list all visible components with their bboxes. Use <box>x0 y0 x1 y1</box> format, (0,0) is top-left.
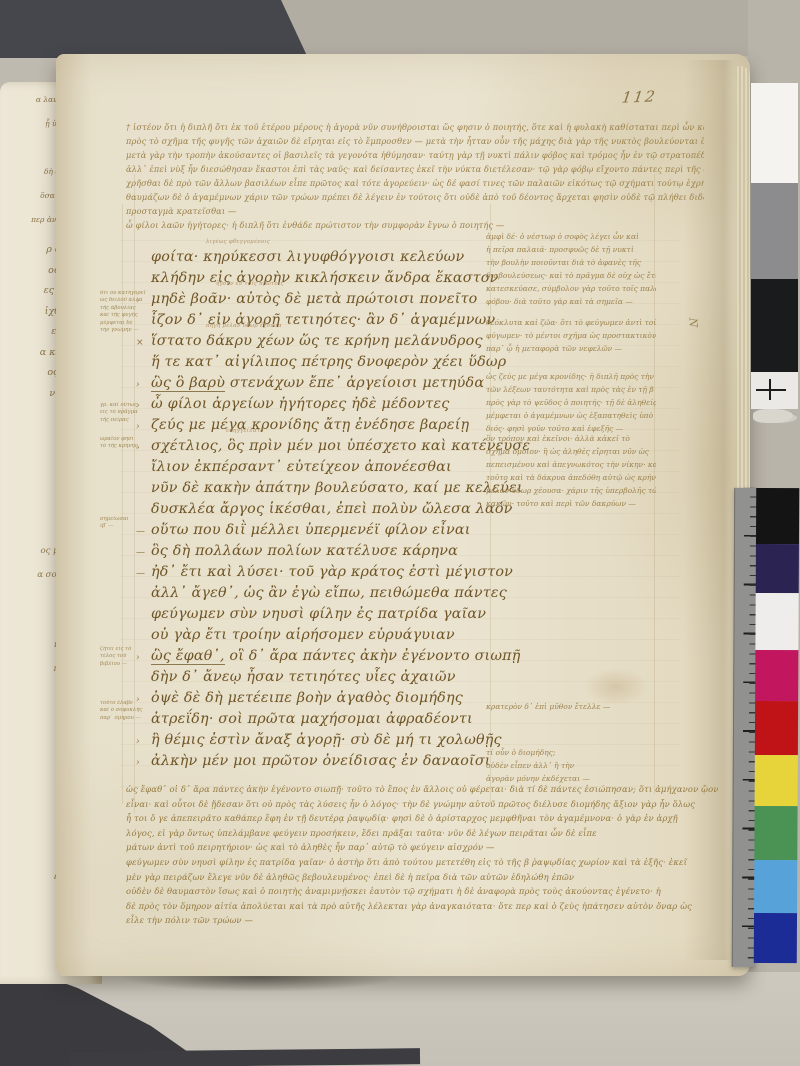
scholia-line: ἀμφὶ δέ· ὁ νέστωρ ὁ σοφὸς λέγει ὧν καὶ <box>486 230 656 243</box>
verse-text: ὣς ὃ βαρὺ στενάχων ἔπε᾽ ἀργείοισι μετηύδ… <box>151 375 484 392</box>
verse-text: δὴν δ᾽ ἄνεῳ ἦσαν τετιηότες υἷες ἀχαιῶν <box>151 669 456 685</box>
verse-line: ›ὣς ὃ βαρὺ στενάχων ἔπε᾽ ἀργείοισι μετηύ… <box>136 372 496 393</box>
margin-note-line: τὸ τῆς κρήνης <box>100 443 154 450</box>
scholia-line: χρῆσθαι δὲ πρὸ τῶν ἄλλων βασιλέων εἶπε π… <box>126 176 704 190</box>
verse-text: ὀψὲ δὲ δὴ μετέειπε βοὴν ἀγαθὸς διομήδης <box>151 690 463 706</box>
interlinear-gloss: ἐπηγγείλατο <box>226 428 264 434</box>
verse-text: νῦν δὲ κακὴν ἀπάτην βουλεύσατο, καί με κ… <box>151 480 523 496</box>
margin-note-line: ζήτει εἰς τὸ <box>100 646 154 653</box>
backdrop-felt-top-left <box>0 0 308 58</box>
verse-line: ›ὦ φίλοι ἀργείων ἡγήτορες ἠδὲ μέδοντες <box>136 393 496 414</box>
scholia-line: οὐδὲν δὲ θαυμαστὸν ἴσως καὶ ὁ ποιητὴς ἀν… <box>126 884 718 899</box>
right-scholia-block: κρατερὸν δ᾽ ἐπὶ μῦθον ἔτελλε — <box>486 700 656 713</box>
margin-note-line: ὅτι οὐ κατηγορεῖ <box>100 290 154 297</box>
verse-text: φοίτα· κηρύκεσσι λιγυφθόγγοισι κελεύων <box>151 249 464 265</box>
scholia-line: ἀλλ᾽ ἐπεὶ νὺξ ἦν διεσώθησαν ἕκαστοι ἐπὶ … <box>126 162 704 176</box>
verse-line: νῦν δὲ κακὴν ἀπάτην βουλεύσατο, καί με κ… <box>136 477 496 498</box>
verse-line: ἷζον δ᾽ εἰν ἀγορῇ τετιηότες· ἂν δ᾽ ἀγαμέ… <box>136 309 496 330</box>
interlinear-gloss: ἤγουν ἐν τοῖς πρώτοις <box>216 281 284 287</box>
scholia-line: τί οὖν ὁ διομήδης; <box>486 746 656 759</box>
margin-note-line: παρ᾽ ὁμήρου — <box>100 715 154 722</box>
scholia-line: ἡ πεῖρα παλαιά· προσφυῶς δὲ τῇ νυκτὶ <box>486 243 656 256</box>
verse-line: οὐ γὰρ ἔτι τροίην αἱρήσομεν εὐρυάγυιαν <box>136 624 496 645</box>
verse-text: μηδὲ βοᾶν· αὐτὸς δὲ μετὰ πρώτοισι πονεῖτ… <box>151 291 477 307</box>
folio-number: 112 <box>621 87 658 106</box>
left-margin-note: ὡραῖον φησὶτὸ τῆς κρήνης <box>100 436 154 451</box>
verse-text: ἥ τε κατ᾽ αἰγίλιπος πέτρης δνοφερὸν χέει… <box>151 354 506 370</box>
verse-text: κλήδην εἰς ἀγορὴν κικλήσκειν ἄνδρα ἕκαστ… <box>151 270 499 286</box>
scholia-line: εἶναι· καὶ οὗτοι δὲ ᾔδεσαν ὅτι οὐ πρὸς τ… <box>126 797 718 812</box>
verse-line: φεύγωμεν σὺν νηυσὶ φίλην ἐς πατρίδα γαῖα… <box>136 603 496 624</box>
margin-note-line: τῆς ἀβουλίας <box>100 305 154 312</box>
verse-text: ὦ φίλοι ἀργείων ἡγήτορες ἠδὲ μέδοντες <box>151 396 449 412</box>
frayed-fabric-edge <box>753 409 793 423</box>
verse-line: ἴλιον ἐκπέρσαντ᾽ εὐτείχεον ἀπονέεσθαι <box>136 456 496 477</box>
margin-note-line: καὶ ὁ σοφοκλῆς <box>100 707 154 714</box>
verse-line: ›μηδὲ βοᾶν· αὐτὸς δὲ μετὰ πρώτοισι πονεῖ… <box>136 288 496 309</box>
verse-line: ×ἵστατο δάκρυ χέων ὥς τε κρήνη μελάνυδρο… <box>136 330 496 351</box>
margin-note-line: καὶ τῆς φυγῆς <box>100 312 154 319</box>
scholia-line: πρὸς τὸ σχῆμα τῆς φυγῆς τῶν ἀχαιῶν δὲ εἴ… <box>126 134 704 148</box>
right-scholia-block: ἀμφὶ δέ· ὁ νέστωρ ὁ σοφὸς λέγει ὧν καὶἡ … <box>486 230 656 308</box>
bottom-scholia-block: ὡς ἔφαθ᾽ οἱ δ᾽ ἄρα πάντες ἀκὴν ἐγένοντο … <box>126 782 718 928</box>
verse-text: ἵστατο δάκρυ χέων ὥς τε κρήνη μελάνυδρος <box>151 333 483 349</box>
left-margin-note: ὅτι οὐ κατηγορεῖὡς δειλοῦ ἀλλὰτῆς ἀβουλί… <box>100 290 154 334</box>
verse-text: ὣς ἔφαθ᾽, οἳ δ᾽ ἄρα πάντες ἀκὴν ἐγένοντο… <box>151 648 521 665</box>
verse-text: ἴλιον ἐκπέρσαντ᾽ εὐτείχεον ἀπονέεσθαι <box>151 459 452 475</box>
scholia-line: πεπεισμένου καὶ ἀπεγνωκότος τὴν νίκην· κ… <box>486 458 656 471</box>
margin-note-line: τέλος τοῦ <box>100 653 154 660</box>
right-scholia-block: τί οὖν ὁ διομήδης;οὐδὲν εἶπεν ἀλλ᾽ ἢ τὴν… <box>486 746 656 785</box>
scholia-line: πρὸς γὰρ τὸ ψεῦδος ὁ ποιητής· τῇ δὲ ἀληθ… <box>486 396 656 409</box>
margin-note-line: τῆς πείρας <box>100 417 154 424</box>
verse-text: οὐ γὰρ ἔτι τροίην αἱρήσομεν εὐρυάγυιαν <box>151 627 455 643</box>
verse-margin-mark: × <box>136 333 151 353</box>
verse-line: ›ἀλκὴν μέν μοι πρῶτον ὀνείδισας ἐν δαναο… <box>136 750 496 771</box>
verse-margin-mark: — <box>136 543 151 563</box>
right-scholia-block: ὃν τρόπον καὶ ἐκεῖνοι· ἀλλὰ κἀκεῖ τὸσχῆμ… <box>486 432 656 510</box>
verse-text: ἀτρεΐδη· σοὶ πρῶτα μαχήσομαι ἀφραδέοντι <box>151 711 473 727</box>
backdrop-felt-bottom-strip <box>70 1048 420 1066</box>
scholia-line: λόγος, εἰ γὰρ ὄντως ὑπελάμβανε φεύγειν π… <box>126 826 718 841</box>
margin-note-line: τοῦτο ἔλαβε <box>100 700 154 707</box>
scholia-line: ἦ τοι ὅ γε ἀπεπειρᾶτο καθάπερ ἔφη ἐν τῇ … <box>126 811 718 826</box>
white-swatch <box>755 593 798 650</box>
verse-line: ›σχέτλιος, ὃς πρὶν μέν μοι ὑπέσχετο καὶ … <box>136 435 496 456</box>
scholia-line: μέλαν ὕδωρ χέουσα· χάριν τῆς ὑπερβολῆς τ… <box>486 484 656 497</box>
verse-margin-mark: › <box>136 753 151 773</box>
margin-note-line: ὡραῖον φησὶ <box>100 436 154 443</box>
verse-line: —ὃς δὴ πολλάων πολίων κατέλυσε κάρηνα <box>136 540 496 561</box>
scholia-line: θαυμάζων δὲ ὁ ἀγαμέμνων χάριν τῶν τρώων … <box>126 190 704 204</box>
magenta-swatch <box>755 650 798 701</box>
cross-icon <box>769 379 771 400</box>
scholia-line: † ἰστέον ὅτι ἡ διπλῆ ὅτι ἐκ τοῦ ἑτέρου μ… <box>126 120 704 134</box>
main-text-block: φοίτα· κηρύκεσσι λιγυφθόγγοισι κελεύωνκλ… <box>136 246 496 771</box>
white-swatch <box>751 83 798 183</box>
verse-text: ἷζον δ᾽ εἰν ἀγορῇ τετιηότες· ἂν δ᾽ ἀγαμέ… <box>151 312 495 328</box>
scholia-line: τῶν λέξεων ταυτότητα καὶ πρὸς τὰς ἐν τῇ … <box>486 383 656 396</box>
color-patches <box>754 488 799 963</box>
scholia-line: μὲν γὰρ πειράζων ἔλεγε νῦν δὲ ἀληθῶς βεβ… <box>126 870 718 885</box>
red-swatch <box>755 701 798 755</box>
mid-gray-swatch <box>751 183 798 279</box>
scholia-line: φύγωμεν· τὸ μέντοι σχῆμα ὡς προστακτικὸν… <box>486 329 656 342</box>
scholia-line: προσταγμὰ κρατεῖσθαι — <box>126 204 704 218</box>
verse-line: ›ὀψὲ δὲ δὴ μετέειπε βοὴν ἀγαθὸς διομήδης <box>136 687 496 708</box>
quire-signature: Ν̄ <box>686 318 699 328</box>
verse-line: —ἠδ᾽ ἔτι καὶ λύσει· τοῦ γὰρ κράτος ἐστὶ … <box>136 561 496 582</box>
registration-cross-patch <box>751 372 798 409</box>
left-margin-note: τοῦτο ἔλαβεκαὶ ὁ σοφοκλῆςπαρ᾽ ὁμήρου — <box>100 700 154 722</box>
verse-line: ἀτρεΐδη· σοὶ πρῶτα μαχήσομαι ἀφραδέοντι <box>136 708 496 729</box>
cross-icon <box>756 389 786 391</box>
scholia-line: διαβουλεύσεως· καὶ τὸ πρᾶγμα δὲ οὐχ ὡς ἔ… <box>486 269 656 282</box>
interlinear-gloss: πηγὴ μέλαν ὕδωρ ἔχουσα <box>206 323 282 329</box>
scholia-line: τοῦτο καὶ τὰ δάκρυα ἀπεδόθη αὐτῷ ὡς κρήν… <box>486 471 656 484</box>
verse-line: ›ζεύς με μέγα κρονίδης ἄτῃ ἐνέδησε βαρεί… <box>136 414 496 435</box>
verse-line: —οὕτω που διῒ μέλλει ὑπερμενέϊ φίλον εἶν… <box>136 519 496 540</box>
margin-note-line: σημείωσαι <box>100 516 154 523</box>
scholia-line: σχῆμα ὅμοιον· ἢ ὡς ἀληθὲς εἴρηται νῦν ὡς <box>486 445 656 458</box>
scholia-line: κακῶν· τοῦτο καὶ περὶ τῶν δακρύων — <box>486 497 656 510</box>
scholia-line: μετὰ γὰρ τὴν τροπὴν ἀκούσαντες οἱ βασιλε… <box>126 148 704 162</box>
grayscale-calibration-bar <box>751 83 798 423</box>
verse-margin-mark: — <box>136 564 151 584</box>
scholia-line: μέμφεται ὁ ἀγαμέμνων ὡς ἐξαπατηθεὶς ὑπὸ … <box>486 409 656 422</box>
top-scholia-block: † ἰστέον ὅτι ἡ διπλῆ ὅτι ἐκ τοῦ ἑτέρου μ… <box>126 120 704 232</box>
verse-line: δὴν δ᾽ ἄνεῳ ἦσαν τετιηότες υἷες ἀχαιῶν <box>136 666 496 687</box>
interlinear-gloss: λιγέως φθεγγομένοις <box>206 239 270 245</box>
verse-line: κλήδην εἰς ἀγορὴν κικλήσκειν ἄνδρα ἕκαστ… <box>136 267 496 288</box>
scholia-line: θεόκλυτα καὶ ζῶα· ὅτι τὸ φεύγωμεν ἀντὶ τ… <box>486 316 656 329</box>
verse-text: ζεύς με μέγα κρονίδης ἄτῃ ἐνέδησε βαρείῃ <box>151 417 469 433</box>
dark-violet-swatch <box>756 544 799 593</box>
left-margin-note: γρ. καὶ οὕτωςεἰς τὸ πρᾶγματῆς πείρας <box>100 402 154 424</box>
margin-note-line: βιβλίου — <box>100 661 154 668</box>
scholia-line: δὲ πρὸς τὸν ὅμηρον αἰτία ἀπολύεται καὶ τ… <box>126 899 718 914</box>
black-swatch <box>756 488 799 544</box>
scholia-line: παρ᾽ ᾧ ἡ μεταφορὰ τῶν νεφελῶν — <box>486 342 656 355</box>
verse-line: δυσκλέα ἄργος ἱκέσθαι, ἐπεὶ πολὺν ὤλεσα … <box>136 498 496 519</box>
scholia-line: φόβου· διὰ τοῦτο γὰρ καὶ τὰ σημεῖα — <box>486 295 656 308</box>
left-margin-note: ζήτει εἰς τὸτέλος τοῦβιβλίου — <box>100 646 154 668</box>
margin-note-line: ὡς δειλοῦ ἀλλὰ <box>100 297 154 304</box>
scholia-line: φεύγωμεν σὺν νηυσὶ φίλην ἐς πατρίδα γαῖα… <box>126 855 718 870</box>
scholia-line: οὐδὲν εἶπεν ἀλλ᾽ ἢ τὴν <box>486 759 656 772</box>
verse-line: ›ἣ θέμις ἐστὶν ἄναξ ἀγορῇ· σὺ δὲ μή τι χ… <box>136 729 496 750</box>
verse-text: ἀλλ᾽ ἄγεθ᾽, ὡς ἂν ἐγὼ εἴπω, πειθώμεθα πά… <box>151 585 507 601</box>
margin-note-line: γρ. καὶ οὕτως <box>100 402 154 409</box>
verse-line: φοίτα· κηρύκεσσι λιγυφθόγγοισι κελεύων <box>136 246 496 267</box>
right-scholia-block: θεόκλυτα καὶ ζῶα· ὅτι τὸ φεύγωμεν ἀντὶ τ… <box>486 316 656 355</box>
verse-text: ἀλκὴν μέν μοι πρῶτον ὀνείδισας ἐν δαναοῖ… <box>151 753 491 769</box>
verse-text: οὕτω που διῒ μέλλει ὑπερμενέϊ φίλον εἶνα… <box>151 522 471 538</box>
scholia-line: κρατερὸν δ᾽ ἐπὶ μῦθον ἔτελλε — <box>486 700 656 713</box>
verse-text: ἣ θέμις ἐστὶν ἄναξ ἀγορῇ· σὺ δὲ μή τι χο… <box>151 732 502 748</box>
verse-text: δυσκλέα ἄργος ἱκέσθαι, ἐπεὶ πολὺν ὤλεσα … <box>151 501 513 517</box>
verse-text: σχέτλιος, ὃς πρὶν μέν μοι ὑπέσχετο καὶ κ… <box>151 438 530 454</box>
verse-line: ἥ τε κατ᾽ αἰγίλιπος πέτρης δνοφερὸν χέει… <box>136 351 496 372</box>
light-blue-swatch <box>754 860 797 913</box>
scholia-line: ὃν τρόπον καὶ ἐκεῖνοι· ἀλλὰ κἀκεῖ τὸ <box>486 432 656 445</box>
green-swatch <box>754 806 797 860</box>
left-margin-note: σημείωσαιιβʹ — <box>100 516 154 531</box>
grayscale-patches <box>751 83 798 372</box>
scholia-line: ὡς ἔφαθ᾽ οἱ δ᾽ ἄρα πάντες ἀκὴν ἐγένοντο … <box>126 782 718 797</box>
verse-margin-mark: › <box>136 732 151 752</box>
color-calibration-bar <box>732 488 800 967</box>
yellow-swatch <box>755 755 798 806</box>
verse-line: ἀλλ᾽ ἄγεθ᾽, ὡς ἂν ἐγὼ εἴπω, πειθώμεθα πά… <box>136 582 496 603</box>
scholia-line: κατεσκεύασε, σύμβολον γὰρ τοῦτο τοῖς παλ… <box>486 282 656 295</box>
black-swatch <box>751 279 798 372</box>
verse-text: ὃς δὴ πολλάων πολίων κατέλυσε κάρηνα <box>151 543 458 559</box>
scholia-line: εἷλε τὴν πόλιν τῶν τρώων — <box>126 913 718 928</box>
margin-note-line: μέμφεται δὲ <box>100 320 154 327</box>
scholia-line: τὴν βουλὴν ποιοῦνται διὰ τὸ ἀφανὲς τῆς <box>486 256 656 269</box>
right-scholia-block: ὡς ζεύς με μέγα κρονίδης· ἡ διπλῆ πρὸς τ… <box>486 370 656 435</box>
verse-text: ἠδ᾽ ἔτι καὶ λύσει· τοῦ γὰρ κράτος ἐστὶ μ… <box>151 564 513 580</box>
manuscript-photo: α λανθάνει ὅδ᾽ᾗ ὑπὲρ ἔνθεναχρείη —δὴ αὐτ… <box>0 0 800 1066</box>
verse-line: ›ὣς ἔφαθ᾽, οἳ δ᾽ ἄρα πάντες ἀκὴν ἐγένοντ… <box>136 645 496 666</box>
margin-note-line: τὴν γνώμην — <box>100 327 154 334</box>
scholia-line: μάτων ἀντὶ τοῦ πειρητήριον· ὡς καὶ τὸ ἀλ… <box>126 840 718 855</box>
scholia-line: ὡς ζεύς με μέγα κρονίδης· ἡ διπλῆ πρὸς τ… <box>486 370 656 383</box>
margin-note-line: ιβʹ — <box>100 523 154 530</box>
verse-text: φεύγωμεν σὺν νηυσὶ φίλην ἐς πατρίδα γαῖα… <box>151 606 486 622</box>
dark-blue-swatch <box>754 913 797 963</box>
margin-note-line: εἰς τὸ πρᾶγμα <box>100 409 154 416</box>
manuscript-page: 112 Ν̄ † ἰστέον ὅτι ἡ διπλῆ ὅτι ἐκ τοῦ ἑ… <box>56 54 750 976</box>
verse-margin-mark: › <box>136 375 151 395</box>
